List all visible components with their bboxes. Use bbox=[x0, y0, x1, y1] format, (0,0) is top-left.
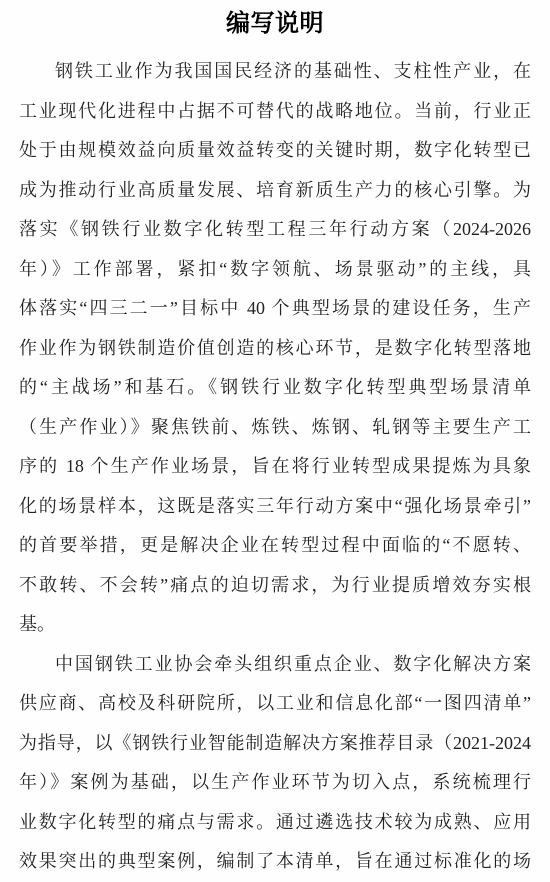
document-page: 编写说明 钢铁工业作为我国国民经济的基础性、支柱性产业，在 工业现代化进程中占据… bbox=[0, 0, 550, 882]
paragraph-line: 效果突出的典型案例，编制了本清单，旨在通过标准化的场 bbox=[19, 842, 531, 882]
paragraph-line: 成为推动行业高质量发展、培育新质生产力的核心引擎。为 bbox=[19, 171, 531, 211]
paragraph-line: 体落实“四三二一”目标中 40 个典型场景的建设任务，生产 bbox=[19, 289, 531, 329]
paragraph-1: 钢铁工业作为我国国民经济的基础性、支柱性产业，在 工业现代化进程中占据不可替代的… bbox=[19, 52, 531, 645]
paragraph-line: 年）》案例为基础，以生产作业环节为切入点，系统梳理行 bbox=[19, 763, 531, 803]
paragraph-line: 的“主战场”和基石。《钢铁行业数字化转型典型场景清单 bbox=[19, 368, 531, 408]
paragraph-line: 供应商、高校及科研院所，以工业和信息化部“一图四清单” bbox=[19, 684, 531, 724]
paragraph-line: 中国钢铁工业协会牵头组织重点企业、数字化解决方案 bbox=[19, 645, 531, 685]
paragraph-line: 为指导，以《钢铁行业智能制造解决方案推荐目录（2021-2024 bbox=[19, 724, 531, 764]
paragraph-line: 钢铁工业作为我国国民经济的基础性、支柱性产业，在 bbox=[19, 52, 531, 92]
document-body: 钢铁工业作为我国国民经济的基础性、支柱性产业，在 工业现代化进程中占据不可替代的… bbox=[0, 52, 550, 882]
paragraph-line: 序的 18 个生产作业场景，旨在将行业转型成果提炼为具象 bbox=[19, 447, 531, 487]
paragraph-2: 中国钢铁工业协会牵头组织重点企业、数字化解决方案 供应商、高校及科研院所，以工业… bbox=[19, 645, 531, 882]
page-title: 编写说明 bbox=[0, 0, 550, 40]
paragraph-line: 作业作为钢铁制造价值创造的核心环节，是数字化转型落地 bbox=[19, 329, 531, 369]
paragraph-line: （生产作业）》聚焦铁前、炼铁、炼钢、轧钢等主要生产工 bbox=[19, 408, 531, 448]
paragraph-line: 的首要举措，更是解决企业在转型过程中面临的“不愿转、 bbox=[19, 526, 531, 566]
paragraph-line: 业数字化转型的痛点与需求。通过遴选技术较为成熟、应用 bbox=[19, 803, 531, 843]
paragraph-line: 工业现代化进程中占据不可替代的战略地位。当前，行业正 bbox=[19, 92, 531, 132]
paragraph-line: 年）》工作部署，紧扣“数字领航、场景驱动”的主线，具 bbox=[19, 250, 531, 290]
paragraph-line: 不敢转、不会转”痛点的迫切需求，为行业提质增效夯实根 bbox=[19, 566, 531, 606]
paragraph-line: 处于由规模效益向质量效益转变的关键时期，数字化转型已 bbox=[19, 131, 531, 171]
paragraph-line: 落实《钢铁行业数字化转型工程三年行动方案（2024-2026 bbox=[19, 210, 531, 250]
paragraph-line: 化的场景样本，这既是落实三年行动方案中“强化场景牵引” bbox=[19, 487, 531, 527]
paragraph-line: 基。 bbox=[19, 605, 531, 645]
